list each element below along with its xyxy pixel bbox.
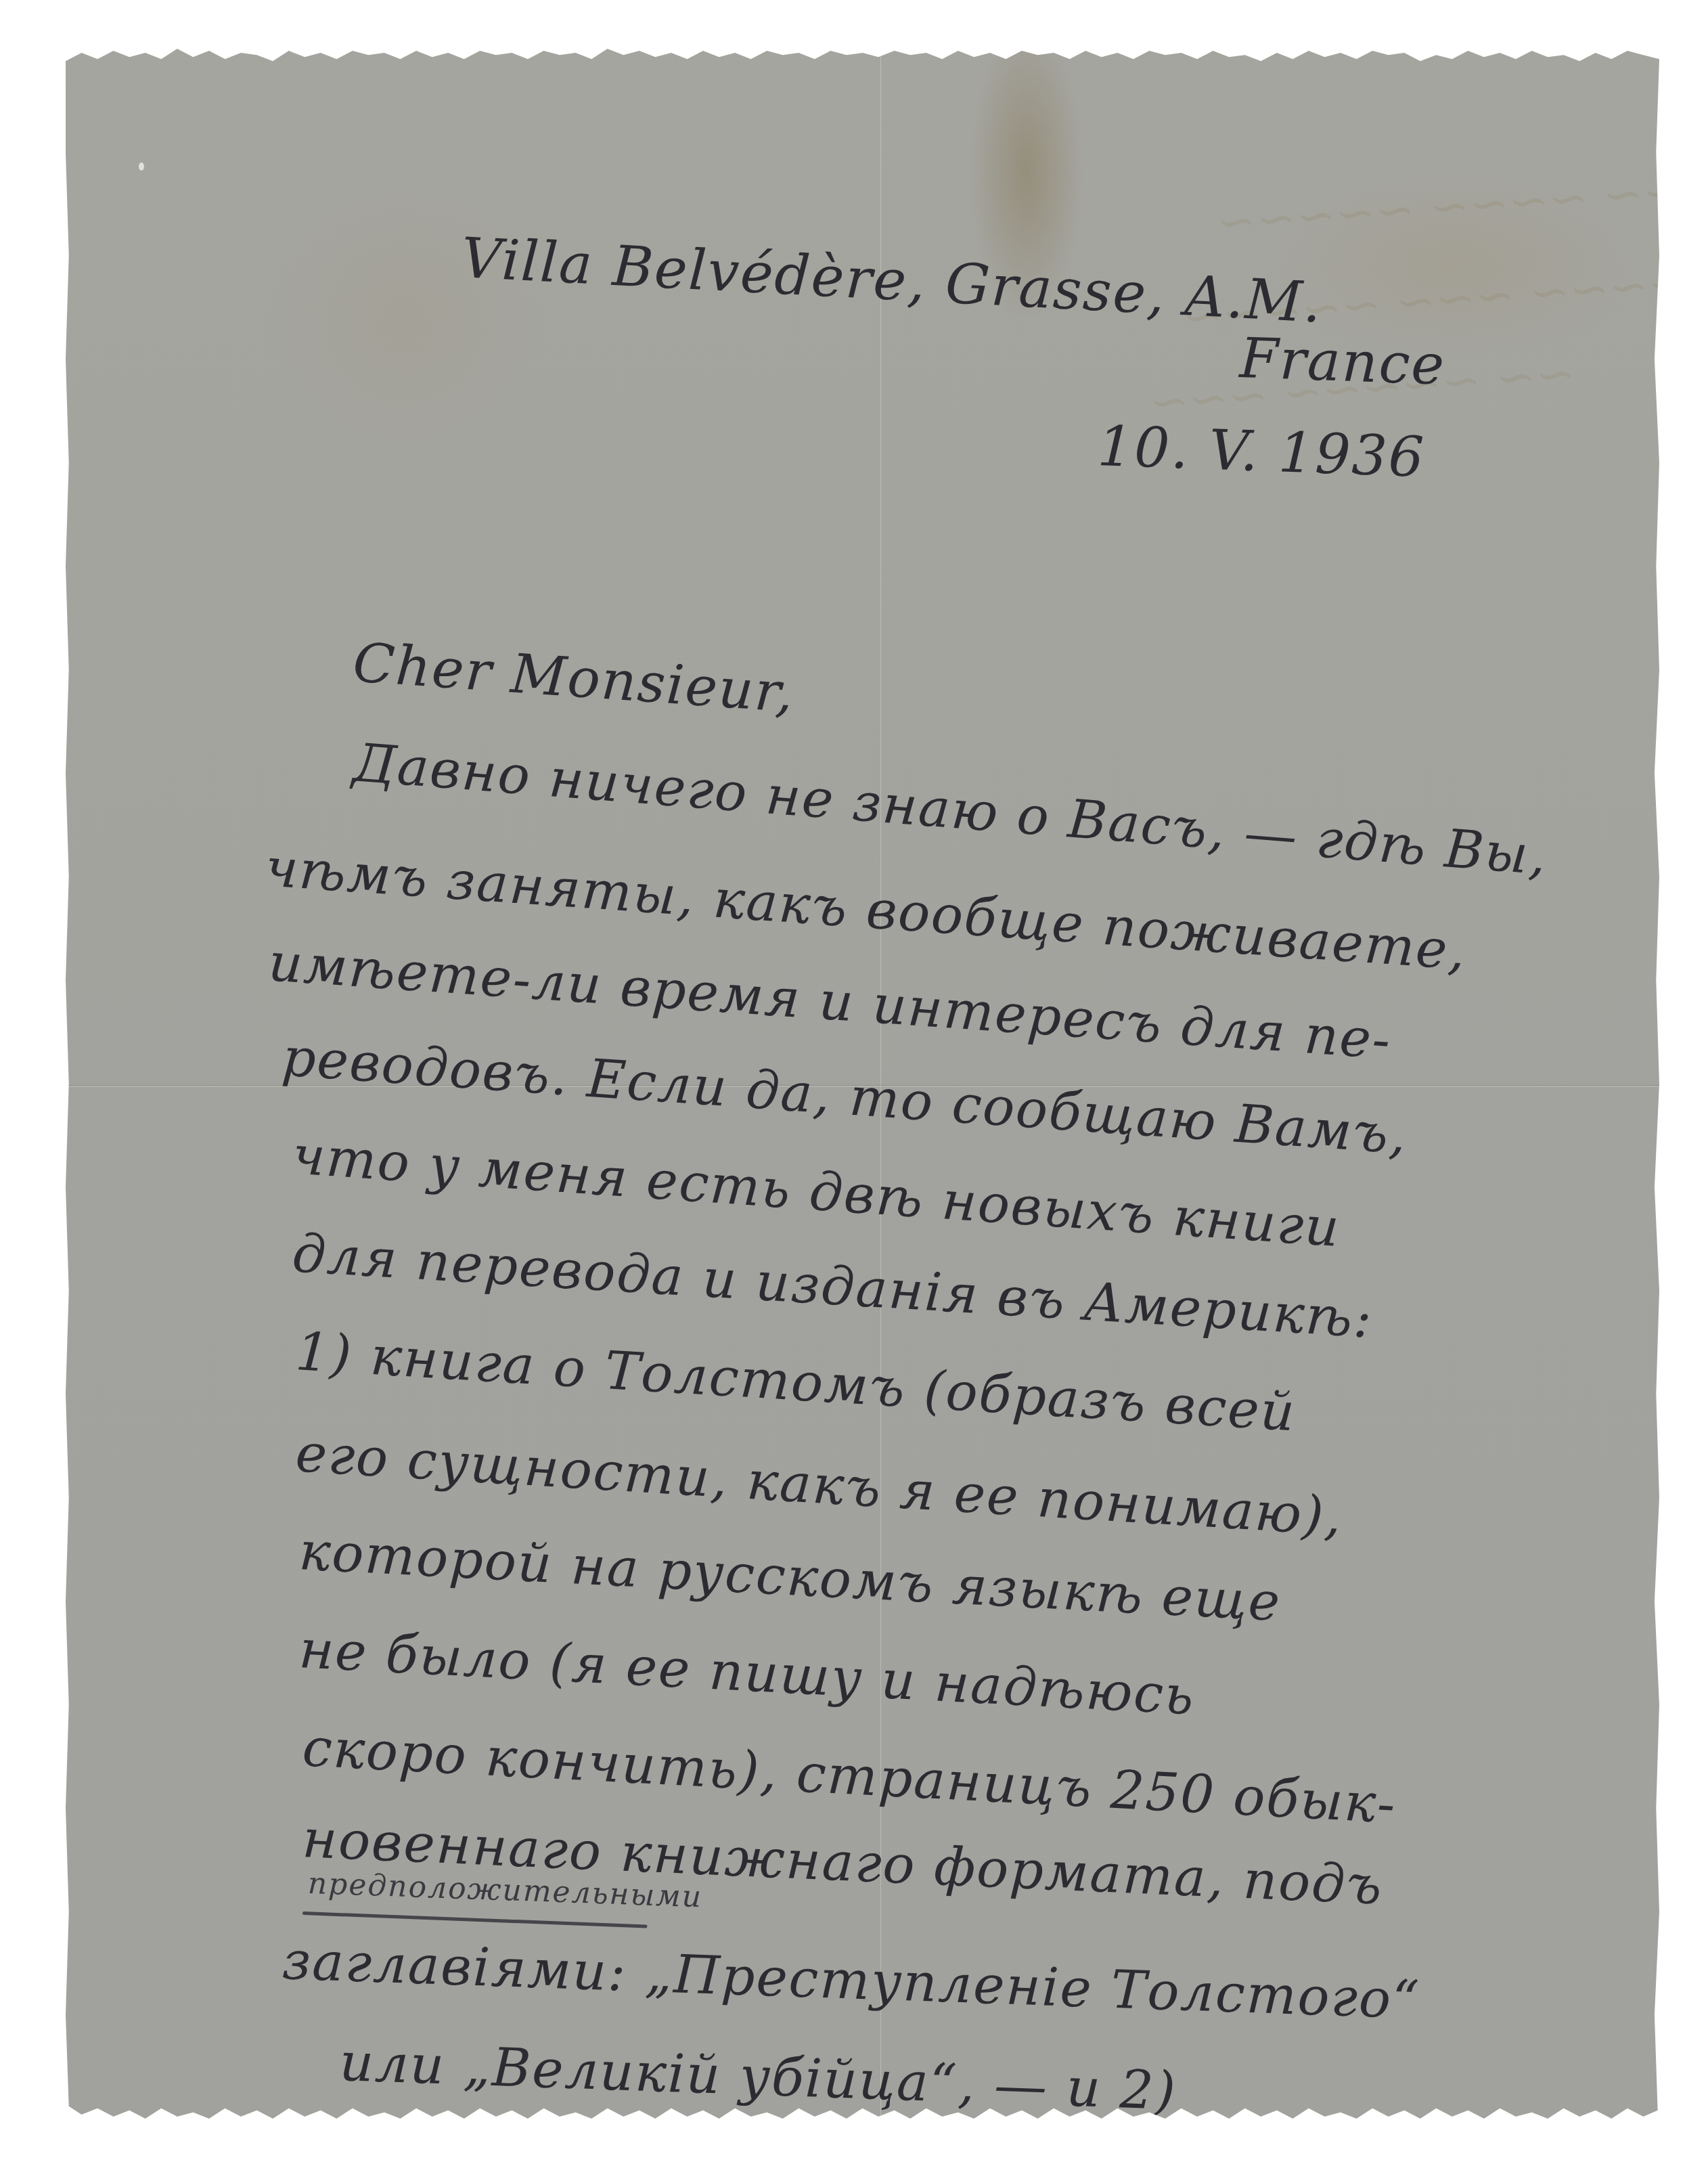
letterhead-country: France [1238, 326, 1446, 398]
bleed-through-text: ~~~ ~~~~ ~~~~~ [1215, 160, 1708, 250]
body-line-7: 1) книга о Толстомъ (образъ всей [294, 1321, 1297, 1443]
salutation: Cher Monsieur, [351, 631, 797, 724]
body-line-14: или „Великій убійца“, — и 2) [338, 2032, 1177, 2122]
letterhead-address: Villa Belvédère, Grasse, A.M. [460, 226, 1324, 336]
body-line-13: заглавіями: „Преступленіе Толстого“ [281, 1930, 1421, 2031]
paper-hole-mark [139, 162, 144, 171]
body-line-10: не было (я ее пишу и надѣюсь [298, 1619, 1196, 1727]
letter-date: 10. V. 1936 [1096, 414, 1426, 490]
body-line-9: которой на русскомъ языкѣ еще [298, 1521, 1283, 1633]
insertion-underline-stroke [302, 1911, 648, 1928]
scan-canvas: ~~~ ~~~~ ~~~~~ ~~~~ ~~~ ~~~~~ ~~ ~~~~~ ~… [0, 0, 1708, 2166]
letter-paper: ~~~ ~~~~ ~~~~~ ~~~~ ~~~ ~~~~~ ~~ ~~~~~ ~… [66, 49, 1659, 2119]
